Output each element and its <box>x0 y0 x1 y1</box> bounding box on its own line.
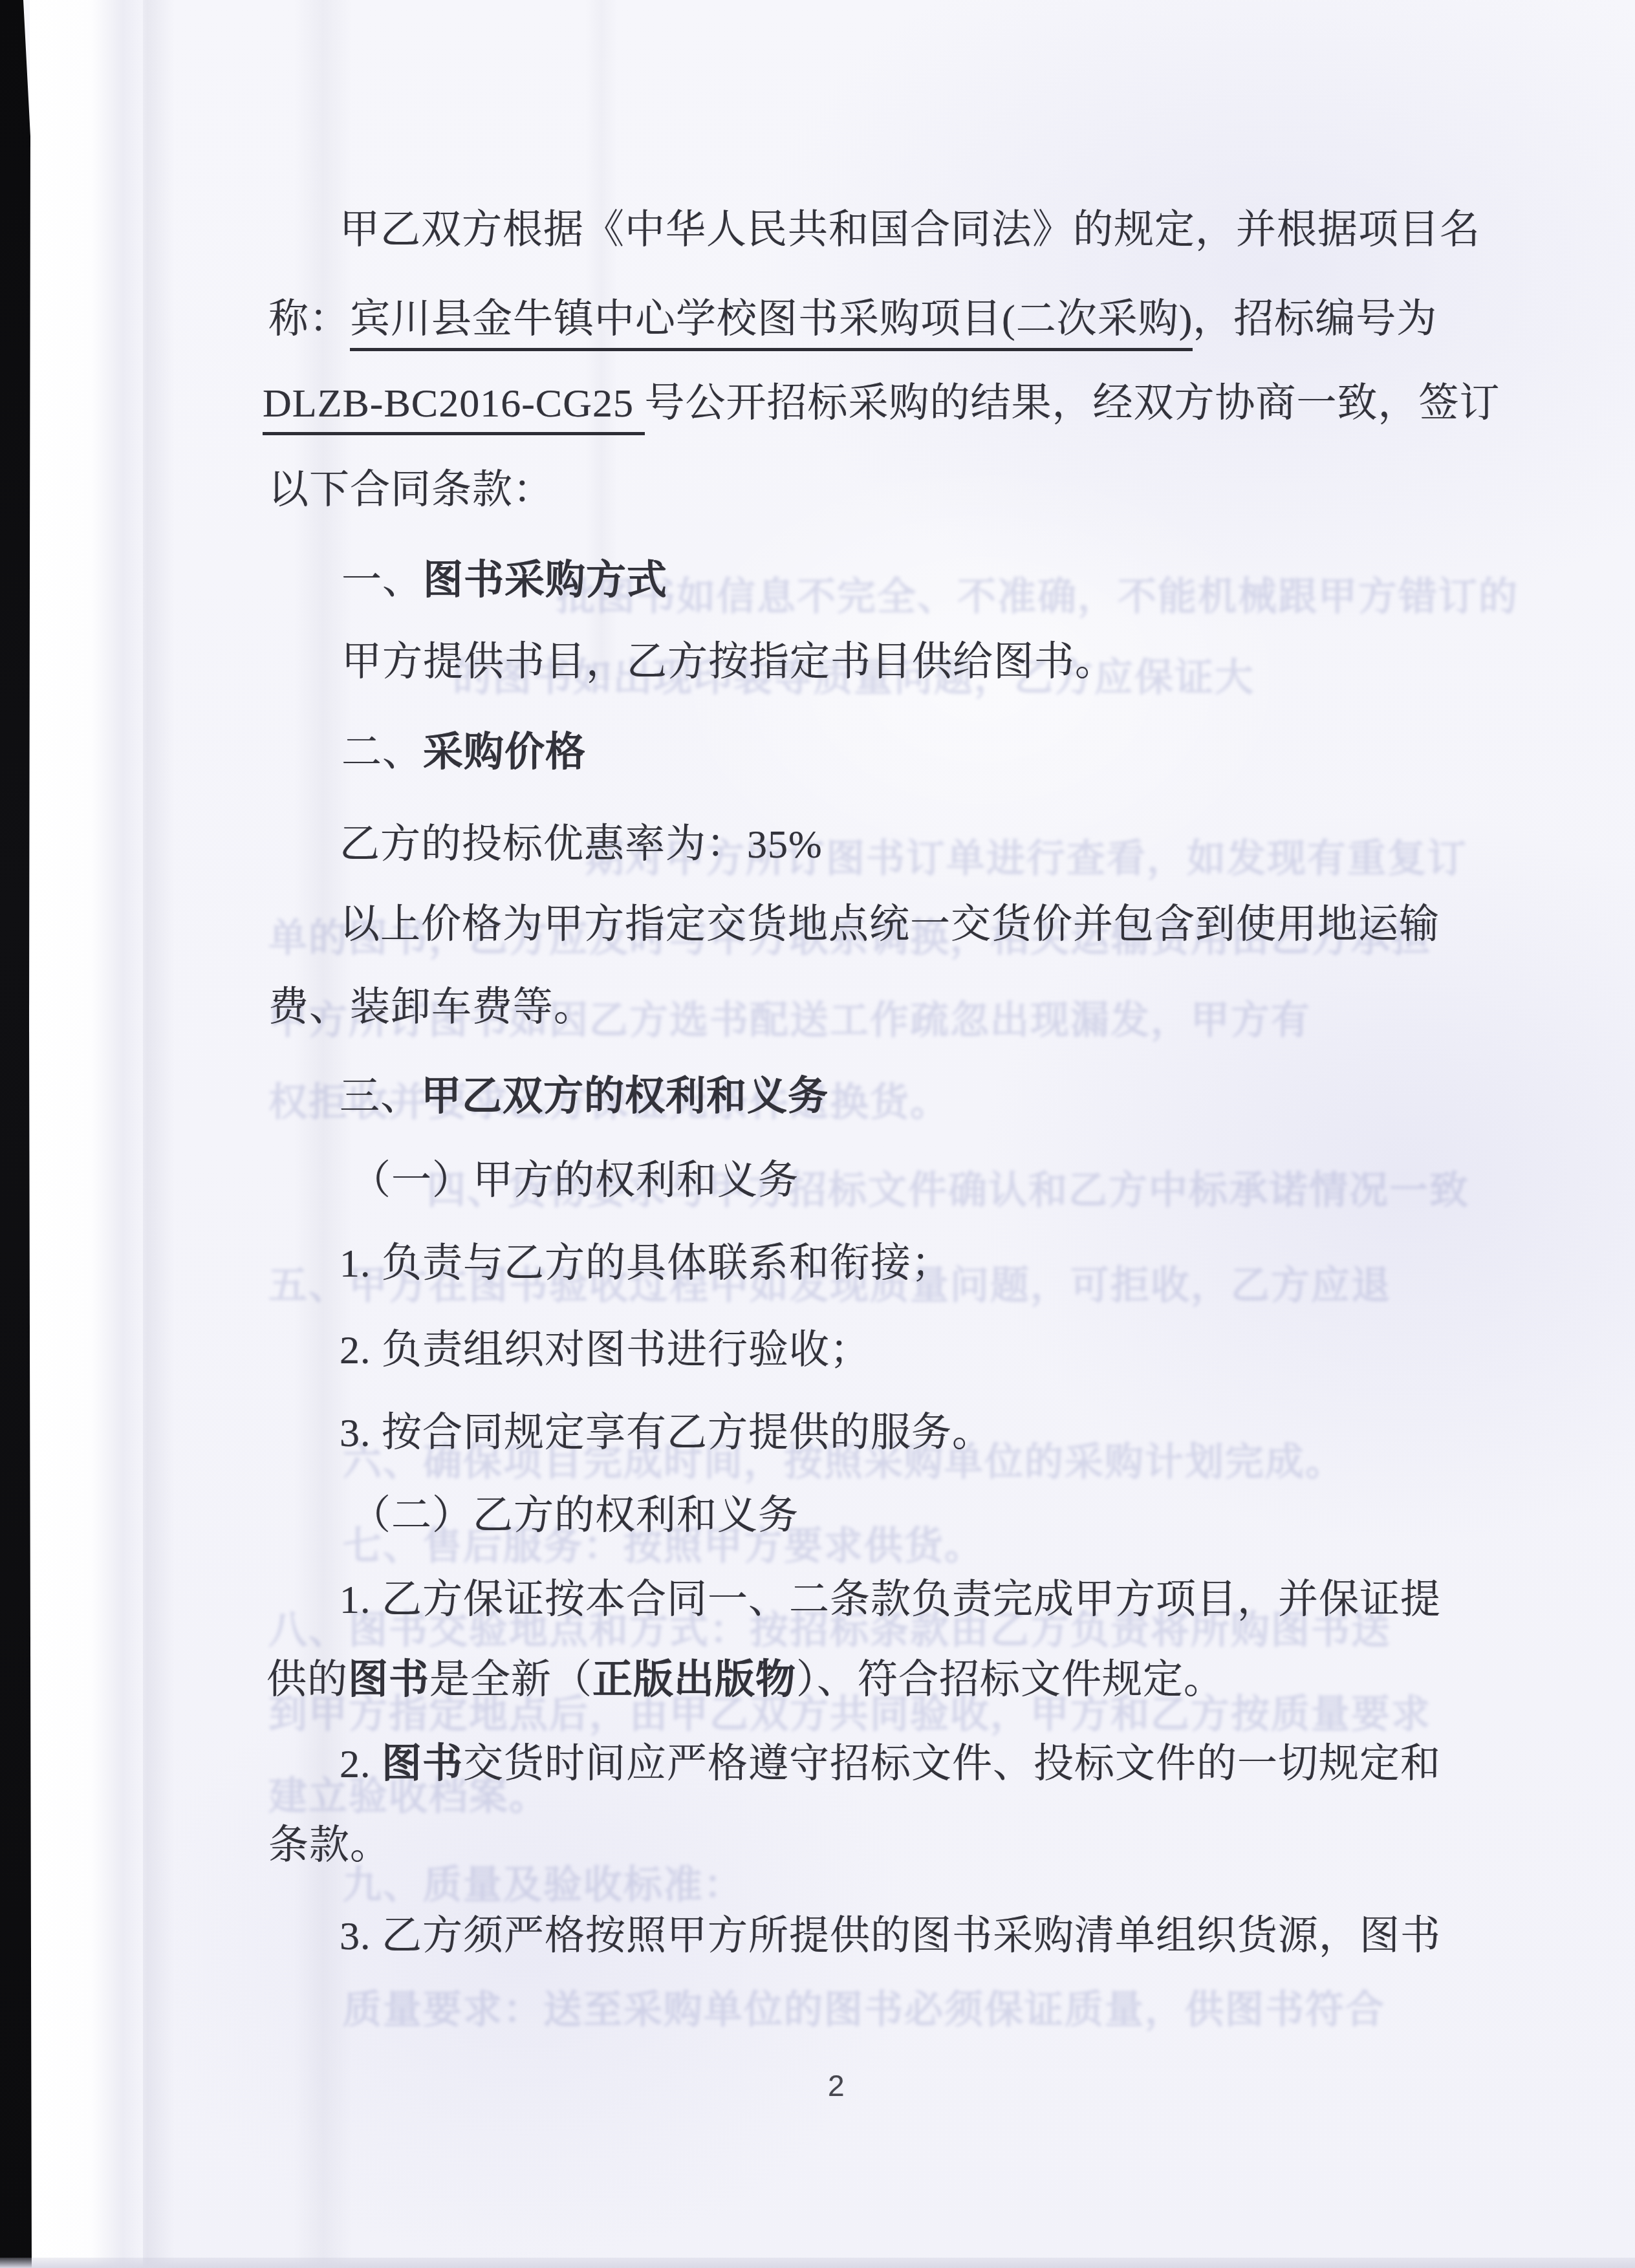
text-segment: 甲乙双方的权利和义务 <box>421 1075 828 1119</box>
text-line: 1. 乙方保证按本合同一、二条款负责完成甲方项目，并保证提 <box>340 1577 1441 1624</box>
page-number: 2 <box>828 2068 845 2103</box>
text-segment: 2. 负责组织对图书进行验收； <box>340 1328 871 1372</box>
text-segment: 一、 <box>341 559 423 603</box>
text-segment: 1. 负责与乙方的具体联系和衔接； <box>340 1242 952 1286</box>
text-segment: 1. 乙方保证按本合同一、二条款负责完成甲方项目，并保证提 <box>340 1578 1441 1622</box>
text-line: 3. 按合同规定享有乙方提供的服务。 <box>340 1410 993 1457</box>
text-line: 条款。 <box>268 1822 391 1870</box>
paper-edge-strip <box>30 0 143 2268</box>
text-segment: 3. 乙方须严格按照甲方所提供的图书采购清单组织货源，图书 <box>340 1914 1441 1958</box>
text-segment: 2. <box>340 1742 382 1786</box>
text-segment: 供的 <box>266 1658 348 1702</box>
text-segment: 号公开招标采购的结果，经双方协商一致，签订 <box>645 382 1500 426</box>
text-segment: 以下合同条款： <box>268 468 554 512</box>
text-segment: 费、装卸车费等。 <box>268 986 594 1030</box>
text-line: 甲乙双方根据《中华人民共和国合同法》的规定，并根据项目名 <box>340 207 1480 254</box>
text-segment: 乙方的投标优惠率为：35% <box>340 823 823 867</box>
text-line: DLZB-BC2016-CG25 号公开招标采购的结果，经双方协商一致，签订 <box>263 380 1500 427</box>
text-line: 2. 图书交货时间应严格遵守招标文件、投标文件的一切规定和 <box>340 1741 1441 1788</box>
underlined-text: DLZB-BC2016-CG25 <box>263 382 645 435</box>
text-segment: ，招标编号为 <box>1193 297 1437 341</box>
scan-bottom-edge <box>0 2258 1635 2268</box>
text-line: 供的图书是全新（正版出版物）、符合招标文件规定。 <box>266 1657 1224 1704</box>
scanner-edge-shadow <box>0 0 32 2268</box>
text-line: 称：宾川县金牛镇中心学校图书采购项目(二次采购)，招标编号为 <box>268 296 1437 343</box>
text-segment: 图书 <box>382 1742 463 1786</box>
text-segment: 三、 <box>340 1075 421 1119</box>
text-line: 以下合同条款： <box>268 467 554 514</box>
text-line: 以上价格为甲方指定交货地点统一交货价并包含到使用地运输 <box>340 902 1440 949</box>
text-line: 一、图书采购方式 <box>341 557 667 605</box>
text-segment: ）、符合招标文件规定。 <box>796 1658 1224 1702</box>
text-segment: 称： <box>268 297 350 341</box>
text-segment: （一）甲方的权利和义务 <box>351 1159 799 1203</box>
text-line: 二、采购价格 <box>341 729 586 777</box>
text-line: 2. 负责组织对图书进行验收； <box>340 1327 871 1374</box>
text-segment: 甲方提供书目，乙方按指定书目供给图书。 <box>341 640 1116 684</box>
text-segment: 图书 <box>348 1658 429 1702</box>
text-segment: 以上价格为甲方指定交货地点统一交货价并包含到使用地运输 <box>340 903 1440 947</box>
text-segment: 交货时间应严格遵守招标文件、投标文件的一切规定和 <box>463 1742 1441 1786</box>
text-line: （一）甲方的权利和义务 <box>351 1158 799 1205</box>
text-line: 3. 乙方须严格按照甲方所提供的图书采购清单组织货源，图书 <box>340 1913 1441 1960</box>
scanned-contract-page: 批图书如信息不完全、不准确，不能机械跟甲方错订的的图书如出现印装等质量问题，乙方… <box>0 0 1635 2268</box>
text-segment: 二、 <box>341 731 423 775</box>
text-line: 1. 负责与乙方的具体联系和衔接； <box>340 1240 952 1288</box>
text-segment: （二）乙方的权利和义务 <box>351 1494 799 1538</box>
text-line: 费、装卸车费等。 <box>268 984 594 1031</box>
contract-text-layer: 甲乙双方根据《中华人民共和国合同法》的规定，并根据项目名称：宾川县金牛镇中心学校… <box>0 0 1635 2268</box>
text-segment: 甲乙双方根据《中华人民共和国合同法》的规定，并根据项目名 <box>340 208 1480 252</box>
text-segment: 采购价格 <box>423 731 586 775</box>
text-segment: 正版出版物 <box>592 1658 796 1702</box>
text-segment: 图书采购方式 <box>423 559 667 603</box>
text-line: 三、甲乙双方的权利和义务 <box>340 1074 828 1121</box>
underlined-text: 宾川县金牛镇中心学校图书采购项目(二次采购) <box>350 297 1193 351</box>
text-line: （二）乙方的权利和义务 <box>351 1493 799 1540</box>
text-segment: 条款。 <box>268 1824 391 1868</box>
text-segment: 是全新（ <box>429 1658 592 1702</box>
text-segment: 3. 按合同规定享有乙方提供的服务。 <box>340 1411 993 1455</box>
text-line: 甲方提供书目，乙方按指定书目供给图书。 <box>341 639 1116 686</box>
text-line: 乙方的投标优惠率为：35% <box>340 821 823 869</box>
